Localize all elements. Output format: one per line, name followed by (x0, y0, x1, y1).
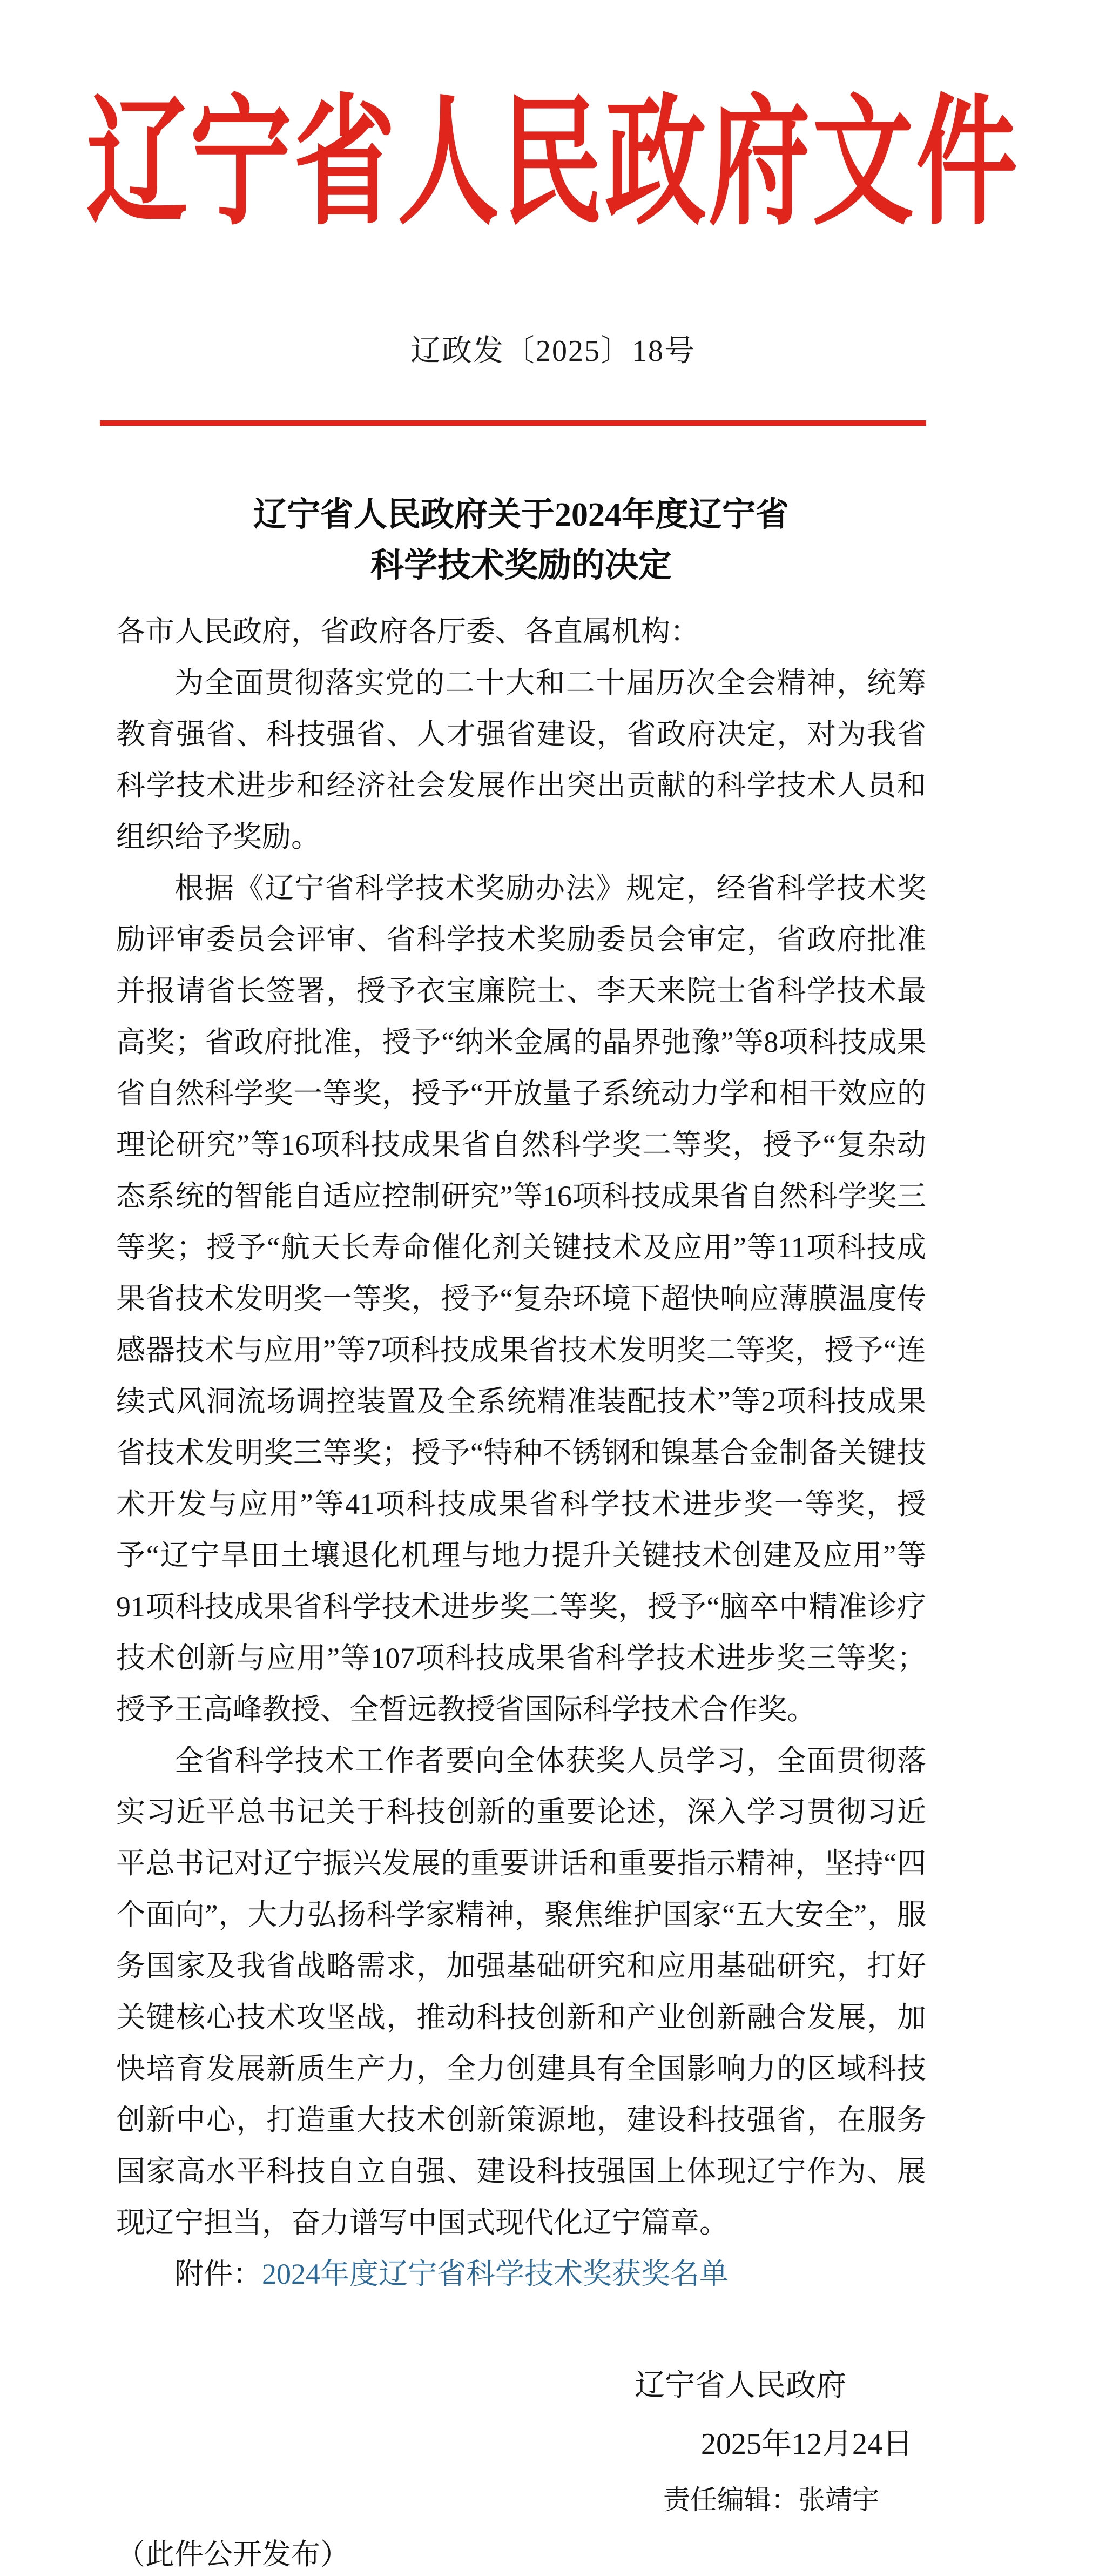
document-title-line1: 辽宁省人民政府关于2024年度辽宁省 (116, 489, 926, 540)
attachment-link[interactable]: 2024年度辽宁省科学技术奖获奖名单 (262, 2258, 729, 2290)
document-content: 辽宁省人民政府关于2024年度辽宁省 科学技术奖励的决定 各市人民政府，省政府各… (116, 420, 926, 2576)
salutation-line: 各市人民政府，省政府各厅委、各直属机构： (116, 606, 926, 658)
document-title: 辽宁省人民政府关于2024年度辽宁省 科学技术奖励的决定 (116, 489, 926, 591)
red-divider-rule (100, 420, 926, 426)
document-title-line2: 科学技术奖励的决定 (116, 540, 926, 591)
paragraph-3: 全省科学技术工作者要向全体获奖人员学习，全面贯彻落实习近平总书记关于科技创新的重… (116, 1735, 926, 2249)
issuing-authority: 辽宁省人民政府 (116, 2357, 846, 2415)
signature-block: 辽宁省人民政府 2025年12月24日 (116, 2357, 926, 2473)
document-masthead: 辽宁省人民政府文件 (0, 71, 1106, 257)
public-release-note: （此件公开发布） (116, 2533, 926, 2576)
government-document-page: 辽宁省人民政府文件 辽政发〔2025〕18号 辽宁省人民政府关于2024年度辽宁… (0, 0, 1106, 2576)
attachment-line: 附件：2024年度辽宁省科学技术奖获奖名单 (116, 2249, 926, 2300)
document-body: 各市人民政府，省政府各厅委、各直属机构： 为全面贯彻落实党的二十大和二十届历次全… (116, 606, 926, 2300)
issue-date: 2025年12月24日 (116, 2415, 913, 2473)
responsible-editor-note: 责任编辑：张靖宇 (663, 2481, 879, 2519)
paragraph-1: 为全面贯彻落实党的二十大和二十届历次全会精神，统筹教育强省、科技强省、人才强省建… (116, 658, 926, 863)
document-number: 辽政发〔2025〕18号 (0, 331, 1106, 372)
attachment-label: 附件： (174, 2258, 262, 2290)
paragraph-2: 根据《辽宁省科学技术奖励办法》规定，经省科学技术奖励评审委员会评审、省科学技术奖… (116, 863, 926, 1735)
